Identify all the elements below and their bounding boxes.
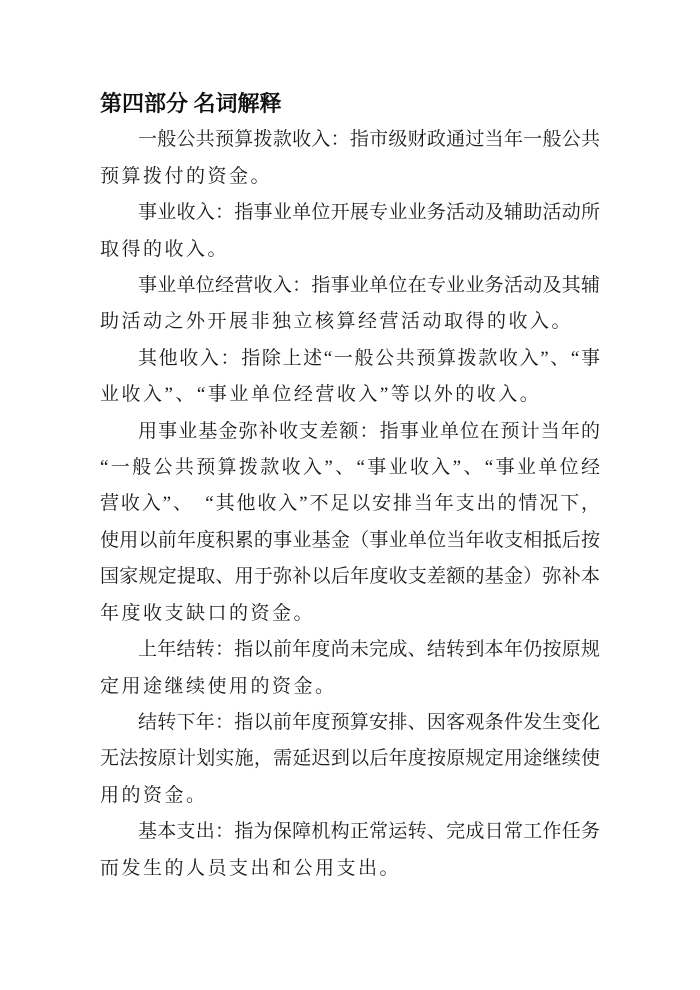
definition-paragraph-other-income: 其他收入：指除上述“一般公共预算拨款收入”、“事 业收入”、“事业单位经营收入”… bbox=[100, 341, 600, 414]
paragraph-line: 助活动之外开展非独立核算经营活动取得的收入。 bbox=[100, 304, 600, 340]
paragraph-line: 国家规定提取、用于弥补以后年度收支差额的基金）弥补本 bbox=[100, 559, 600, 595]
definition-paragraph-carryover-to-next-year: 结转下年：指以前年度预算安排、因客观条件发生变化 无法按原计划实施，需延迟到以后… bbox=[100, 705, 600, 814]
definition-paragraph-general-public-budget-income: 一般公共预算拨款收入：指市级财政通过当年一般公共 预算拨付的资金。 bbox=[100, 122, 600, 195]
definition-paragraph-institution-income: 事业收入：指事业单位开展专业业务活动及辅助活动所 取得的收入。 bbox=[100, 195, 600, 268]
paragraph-line: 基本支出：指为保障机构正常运转、完成日常工作任务 bbox=[100, 814, 600, 850]
document-content: 第四部分 名词解释 一般公共预算拨款收入：指市级财政通过当年一般公共 预算拨付的… bbox=[100, 86, 600, 887]
definition-paragraph-institution-operating-income: 事业单位经营收入：指事业单位在专业业务活动及其辅 助活动之外开展非独立核算经营活… bbox=[100, 268, 600, 341]
paragraph-line: 定用途继续使用的资金。 bbox=[100, 669, 600, 705]
paragraph-line: 用的资金。 bbox=[100, 778, 600, 814]
paragraph-line: 结转下年：指以前年度预算安排、因客观条件发生变化 bbox=[100, 705, 600, 741]
paragraph-line: 用事业基金弥补收支差额：指事业单位在预计当年的 bbox=[100, 414, 600, 450]
definition-paragraph-fund-deficit-makeup: 用事业基金弥补收支差额：指事业单位在预计当年的 “一般公共预算拨款收入”、“事业… bbox=[100, 414, 600, 632]
paragraph-line: 上年结转：指以前年度尚未完成、结转到本年仍按原规 bbox=[100, 632, 600, 668]
paragraph-line: 事业收入：指事业单位开展专业业务活动及辅助活动所 bbox=[100, 195, 600, 231]
paragraph-line: 而发生的人员支出和公用支出。 bbox=[100, 851, 600, 887]
section-heading: 第四部分 名词解释 bbox=[100, 86, 600, 122]
paragraph-line: 无法按原计划实施，需延迟到以后年度按原规定用途继续使 bbox=[100, 741, 600, 777]
paragraph-line: “一般公共预算拨款收入”、“事业收入”、“事业单位经 bbox=[100, 450, 600, 486]
paragraph-line: 一般公共预算拨款收入：指市级财政通过当年一般公共 bbox=[100, 122, 600, 158]
paragraph-line: 预算拨付的资金。 bbox=[100, 159, 600, 195]
definition-paragraph-carryover-from-last-year: 上年结转：指以前年度尚未完成、结转到本年仍按原规 定用途继续使用的资金。 bbox=[100, 632, 600, 705]
paragraph-line: 使用以前年度积累的事业基金（事业单位当年收支相抵后按 bbox=[100, 523, 600, 559]
paragraph-line: 业收入”、“事业单位经营收入”等以外的收入。 bbox=[100, 377, 600, 413]
definition-paragraph-basic-expenditure: 基本支出：指为保障机构正常运转、完成日常工作任务 而发生的人员支出和公用支出。 bbox=[100, 814, 600, 887]
paragraph-line: 其他收入：指除上述“一般公共预算拨款收入”、“事 bbox=[100, 341, 600, 377]
document-page: 第四部分 名词解释 一般公共预算拨款收入：指市级财政通过当年一般公共 预算拨付的… bbox=[0, 0, 700, 990]
paragraph-line: 年度收支缺口的资金。 bbox=[100, 596, 600, 632]
paragraph-line: 营收入”、 “其他收入”不足以安排当年支出的情况下， bbox=[100, 486, 600, 522]
paragraph-line: 事业单位经营收入：指事业单位在专业业务活动及其辅 bbox=[100, 268, 600, 304]
paragraph-line: 取得的收入。 bbox=[100, 232, 600, 268]
